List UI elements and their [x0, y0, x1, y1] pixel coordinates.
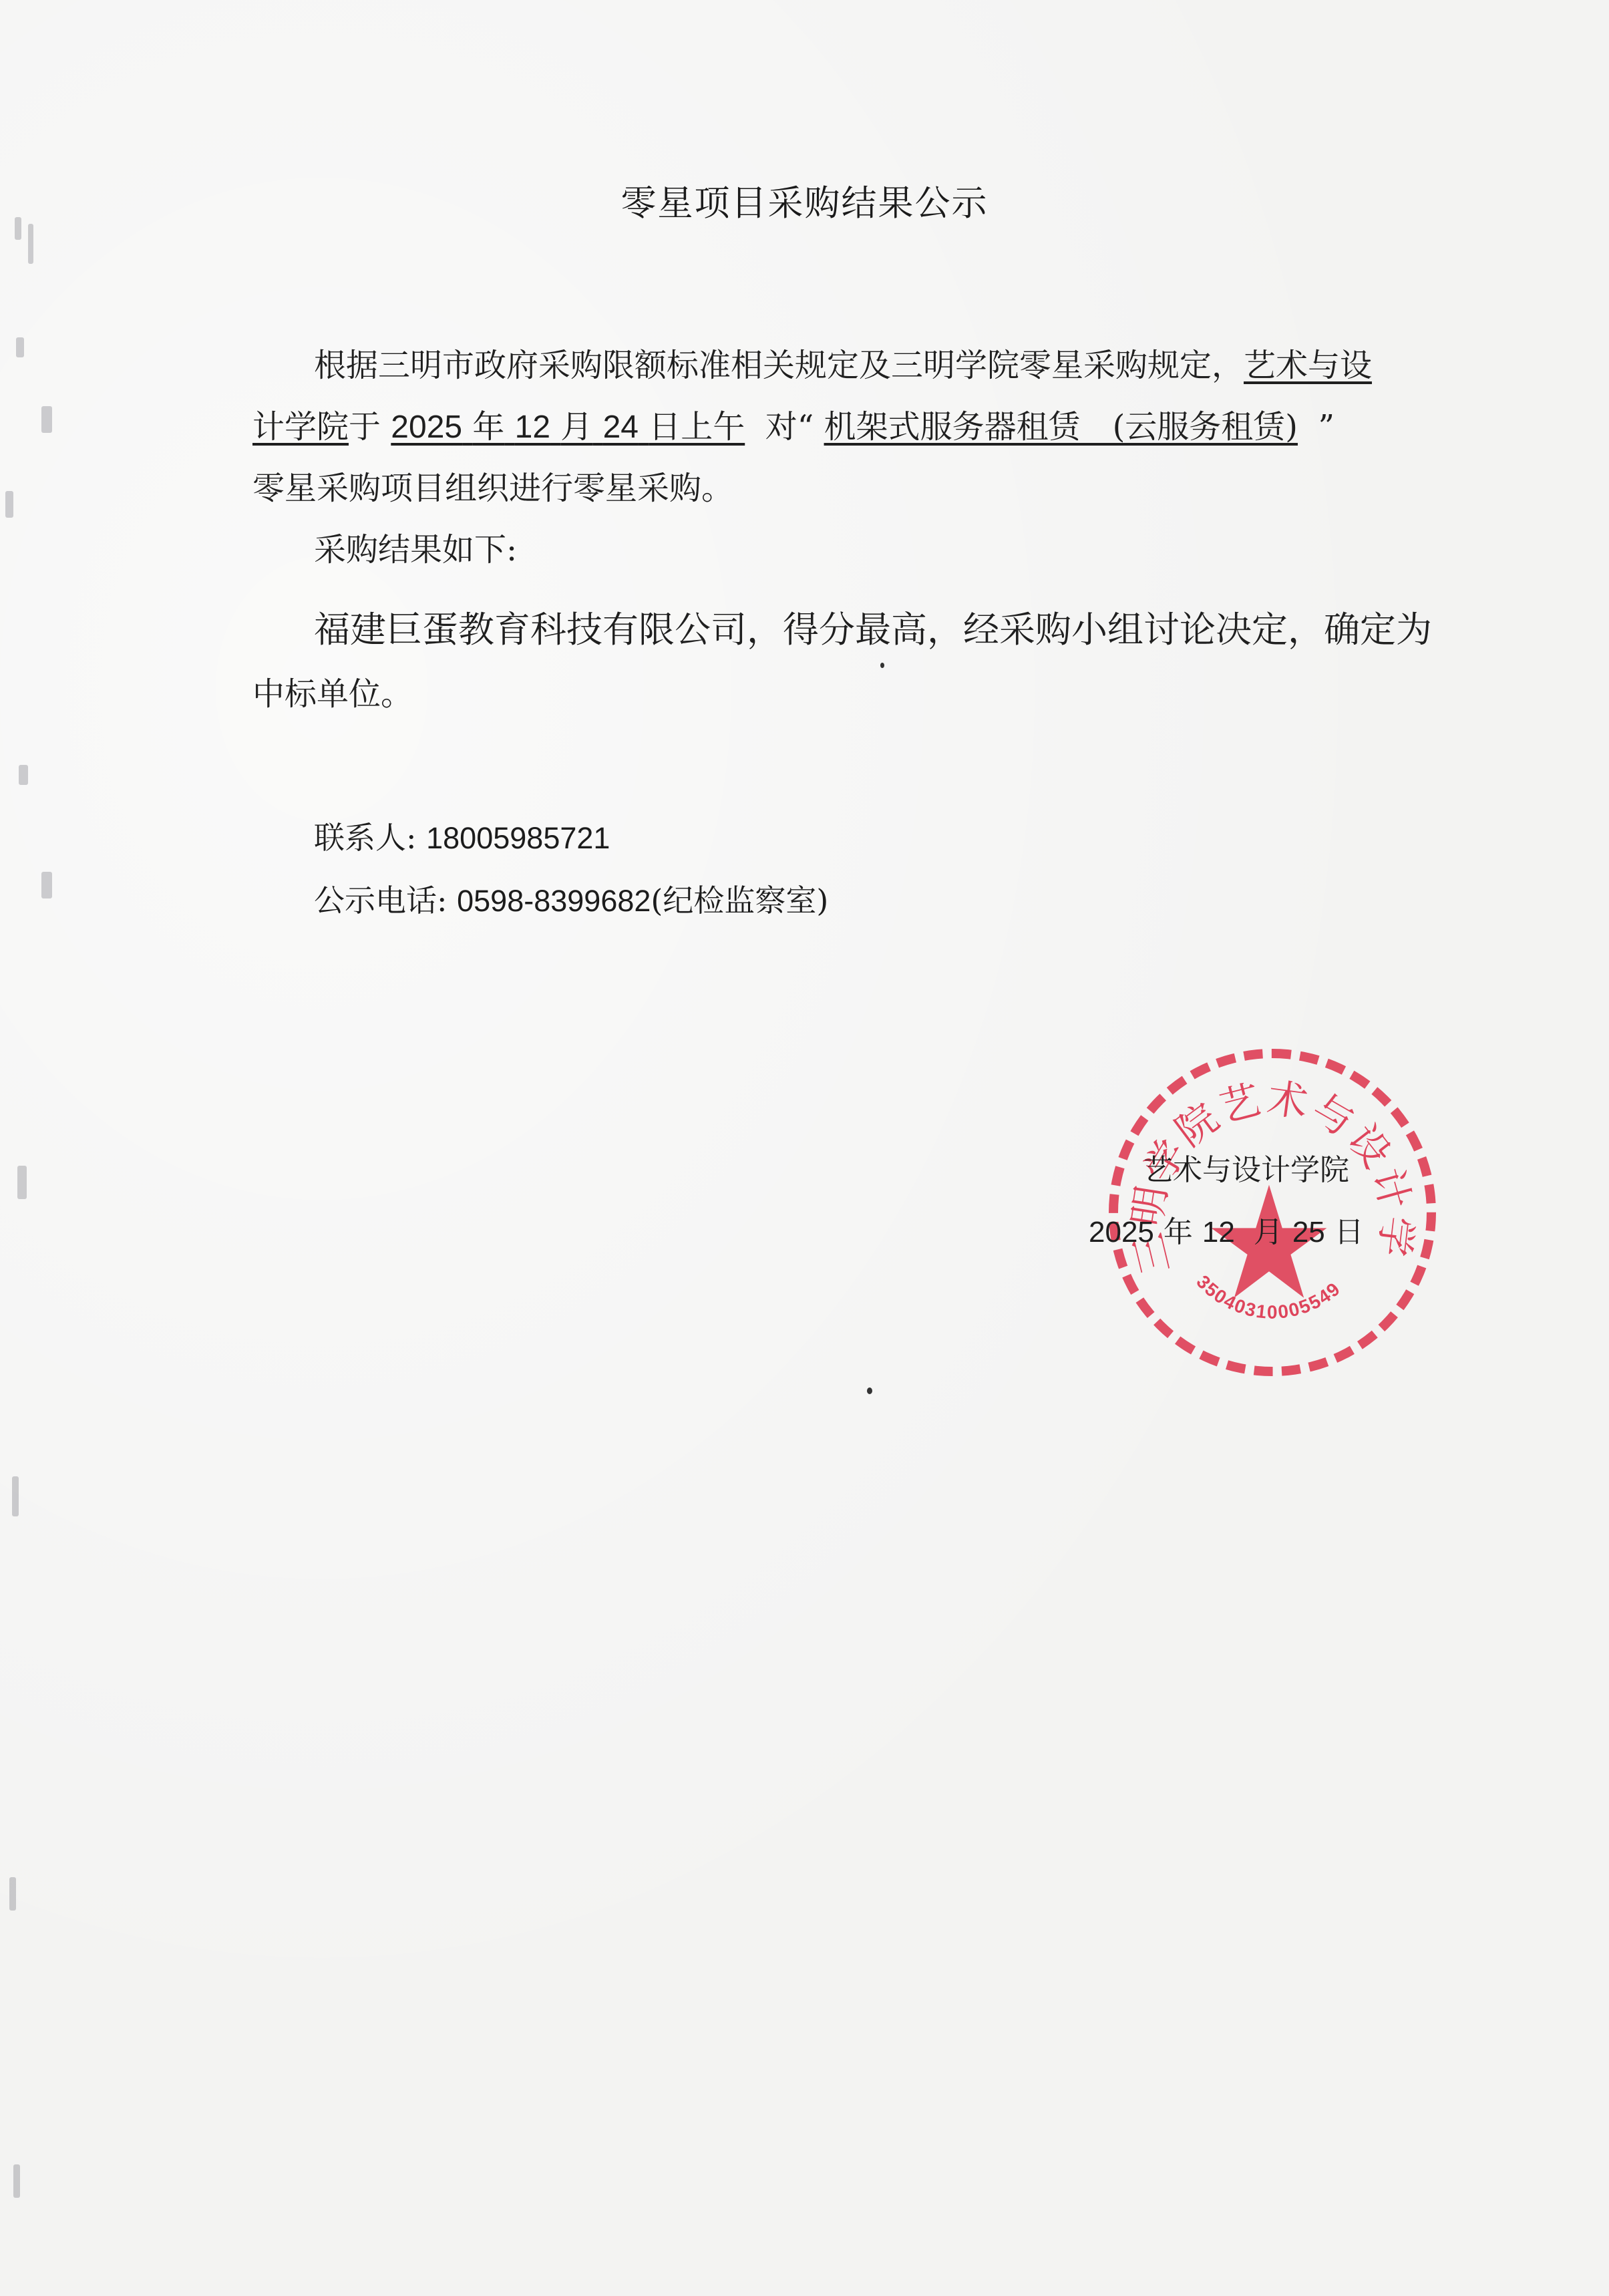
contact-number: 18005985721 — [426, 821, 610, 855]
phone-label: 公示电话: — [314, 882, 448, 919]
result-line: 中标单位。 — [252, 668, 413, 714]
scan-artifact — [9, 1877, 16, 1911]
scan-artifact — [16, 337, 24, 357]
phone-note: (纪检监察室) — [651, 882, 828, 919]
paragraph-line: 计学院于 2025 年 12 月 24 日上午 对“ 机架式服务器租赁 (云服务… — [252, 401, 1334, 447]
phone-number: 0598-8399682 — [457, 884, 651, 918]
scan-artifact — [41, 406, 52, 433]
scan-artifact — [19, 765, 28, 785]
page-title: 零星项目采购结果公示 — [0, 175, 1609, 226]
regulation-text: 根据三明市政府采购限额标准相关规定及三明学院零星采购规定， — [314, 347, 1244, 384]
result-heading: 采购结果如下: — [314, 524, 517, 570]
scan-artifact — [5, 491, 13, 518]
department-name-cont: 计学院 — [252, 408, 349, 446]
public-phone: 公示电话: 0598-8399682(纪检监察室) — [314, 876, 828, 921]
signature-organization: 艺术与设计学院 — [1143, 1146, 1349, 1188]
paragraph-line: 根据三明市政府采购限额标准相关规定及三明学院零星采购规定，艺术与设 — [314, 339, 1372, 385]
contact-label: 联系人: — [314, 820, 417, 856]
scan-artifact — [17, 1166, 27, 1199]
scan-artifact — [13, 2164, 20, 2198]
result-line: 福建巨蛋教育科技有限公司，得分最高，经采购小组讨论决定，确定为 — [314, 601, 1432, 653]
object-suffix: ” — [1318, 408, 1335, 446]
contact-person: 联系人: 18005985721 — [314, 814, 610, 858]
scan-artifact — [28, 224, 33, 264]
paragraph-line: 零星采购项目组织进行零星采购。 — [252, 462, 733, 508]
scan-speck — [880, 663, 884, 668]
connector-text: 于 — [349, 408, 381, 446]
procurement-date: 2025 年 12 月 24 日上午 — [391, 408, 745, 446]
scan-speck — [867, 1387, 872, 1394]
signature-date: 2025 年 12 月 25 日 — [1089, 1208, 1364, 1251]
scan-artifact — [41, 872, 52, 898]
object-prefix: 对“ — [765, 408, 814, 446]
department-name: 艺术与设 — [1244, 347, 1372, 384]
project-name: 机架式服务器租赁 (云服务租赁) — [824, 408, 1298, 446]
scan-artifact — [12, 1476, 19, 1516]
document-page: 零星项目采购结果公示 根据三明市政府采购限额标准相关规定及三明学院零星采购规定，… — [0, 0, 1609, 2296]
